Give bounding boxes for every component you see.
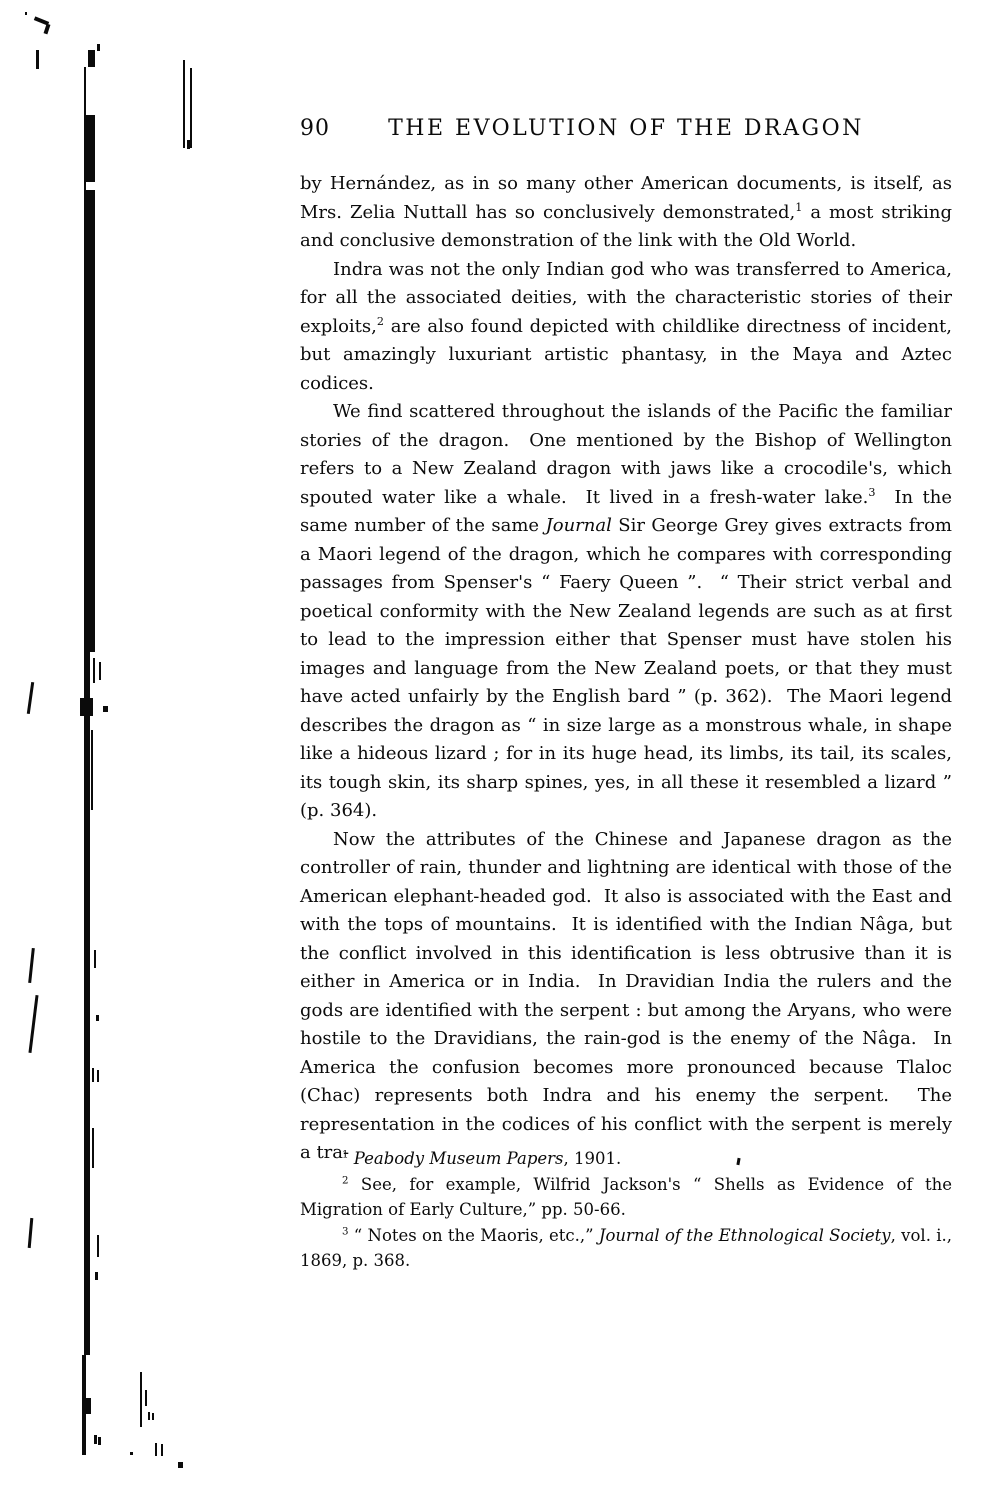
scan-artifact <box>93 658 95 683</box>
scan-artifact <box>190 68 192 148</box>
scan-artifact <box>152 1413 154 1420</box>
body-text: by Hernández, as in so many other Americ… <box>300 170 952 1168</box>
text-run: Sir George Grey gives extracts from a Ma… <box>300 515 958 821</box>
footnote-marker: 2 <box>377 315 384 328</box>
scan-artifact <box>85 115 95 182</box>
scan-artifact <box>92 1068 94 1082</box>
scan-artifact <box>148 1412 150 1420</box>
paragraph: Indra was not the only Indian god who wa… <box>300 256 952 399</box>
page-number: 90 <box>300 116 330 141</box>
scan-artifact <box>140 1372 142 1427</box>
scan-artifact <box>84 1398 91 1414</box>
text-run: are also found depicted with childlike d… <box>300 316 958 394</box>
footnotes: 1 Peabody Museum Papers, 1901.2 See, for… <box>300 1146 952 1274</box>
paragraph: We find scattered throughout the islands… <box>300 398 952 826</box>
scan-artifact <box>178 1462 183 1468</box>
scan-artifact <box>80 698 93 716</box>
scan-artifact <box>155 1443 157 1456</box>
italic-text: Journal of the Ethnological Society <box>599 1226 891 1245</box>
italic-text: Peabody Museum Papers <box>354 1149 564 1168</box>
footnote: 1 Peabody Museum Papers, 1901. <box>300 1146 952 1172</box>
scan-artifact <box>97 1070 99 1082</box>
text-run: See, for example, Wilfrid Jackson's “ Sh… <box>300 1175 957 1220</box>
scan-artifact <box>94 950 96 968</box>
text-run: We find scattered throughout the islands… <box>300 401 958 508</box>
scan-artifact <box>44 24 51 35</box>
book-page-scan: 90 THE EVOLUTION OF THE DRAGON by Hernán… <box>0 0 991 1508</box>
scan-artifact <box>36 50 39 69</box>
scan-artifact <box>94 1435 97 1444</box>
scan-artifact <box>96 1015 99 1021</box>
scan-artifact <box>84 652 90 1355</box>
scan-artifact <box>103 706 108 712</box>
footnote: 3 “ Notes on the Maoris, etc.,” Journal … <box>300 1223 952 1274</box>
scan-artifact <box>145 1390 147 1406</box>
scan-artifact <box>95 1272 98 1280</box>
page-content: 90 THE EVOLUTION OF THE DRAGON by Hernán… <box>300 116 952 1168</box>
scan-artifact <box>130 1452 133 1455</box>
scan-artifact <box>85 190 95 652</box>
scan-artifact <box>27 682 34 714</box>
italic-text: Journal <box>546 515 612 536</box>
scan-artifact <box>28 995 38 1053</box>
page-header: 90 THE EVOLUTION OF THE DRAGON <box>300 116 952 146</box>
footnote: 2 See, for example, Wilfrid Jackson's “ … <box>300 1172 952 1223</box>
text-run: “ Notes on the Maoris, etc.,” <box>349 1226 599 1245</box>
scan-artifact <box>97 1235 99 1257</box>
scan-artifact <box>25 12 27 15</box>
scan-artifact <box>88 50 95 67</box>
scan-artifact <box>28 1218 34 1248</box>
running-title: THE EVOLUTION OF THE DRAGON <box>300 116 952 141</box>
scan-artifact <box>99 662 101 680</box>
paragraph: by Hernández, as in so many other Americ… <box>300 170 952 256</box>
scan-artifact <box>187 140 190 149</box>
scan-artifact <box>97 44 100 51</box>
scan-artifact <box>28 948 35 983</box>
scan-artifact <box>161 1444 163 1456</box>
scan-artifact <box>91 730 93 810</box>
text-run: Now the attributes of the Chinese and Ja… <box>300 829 958 1164</box>
paragraph: Now the attributes of the Chinese and Ja… <box>300 826 952 1168</box>
scan-artifact <box>92 1128 94 1168</box>
scan-artifact <box>183 60 185 148</box>
text-run: , 1901. <box>564 1149 622 1168</box>
scan-artifact <box>98 1437 101 1445</box>
